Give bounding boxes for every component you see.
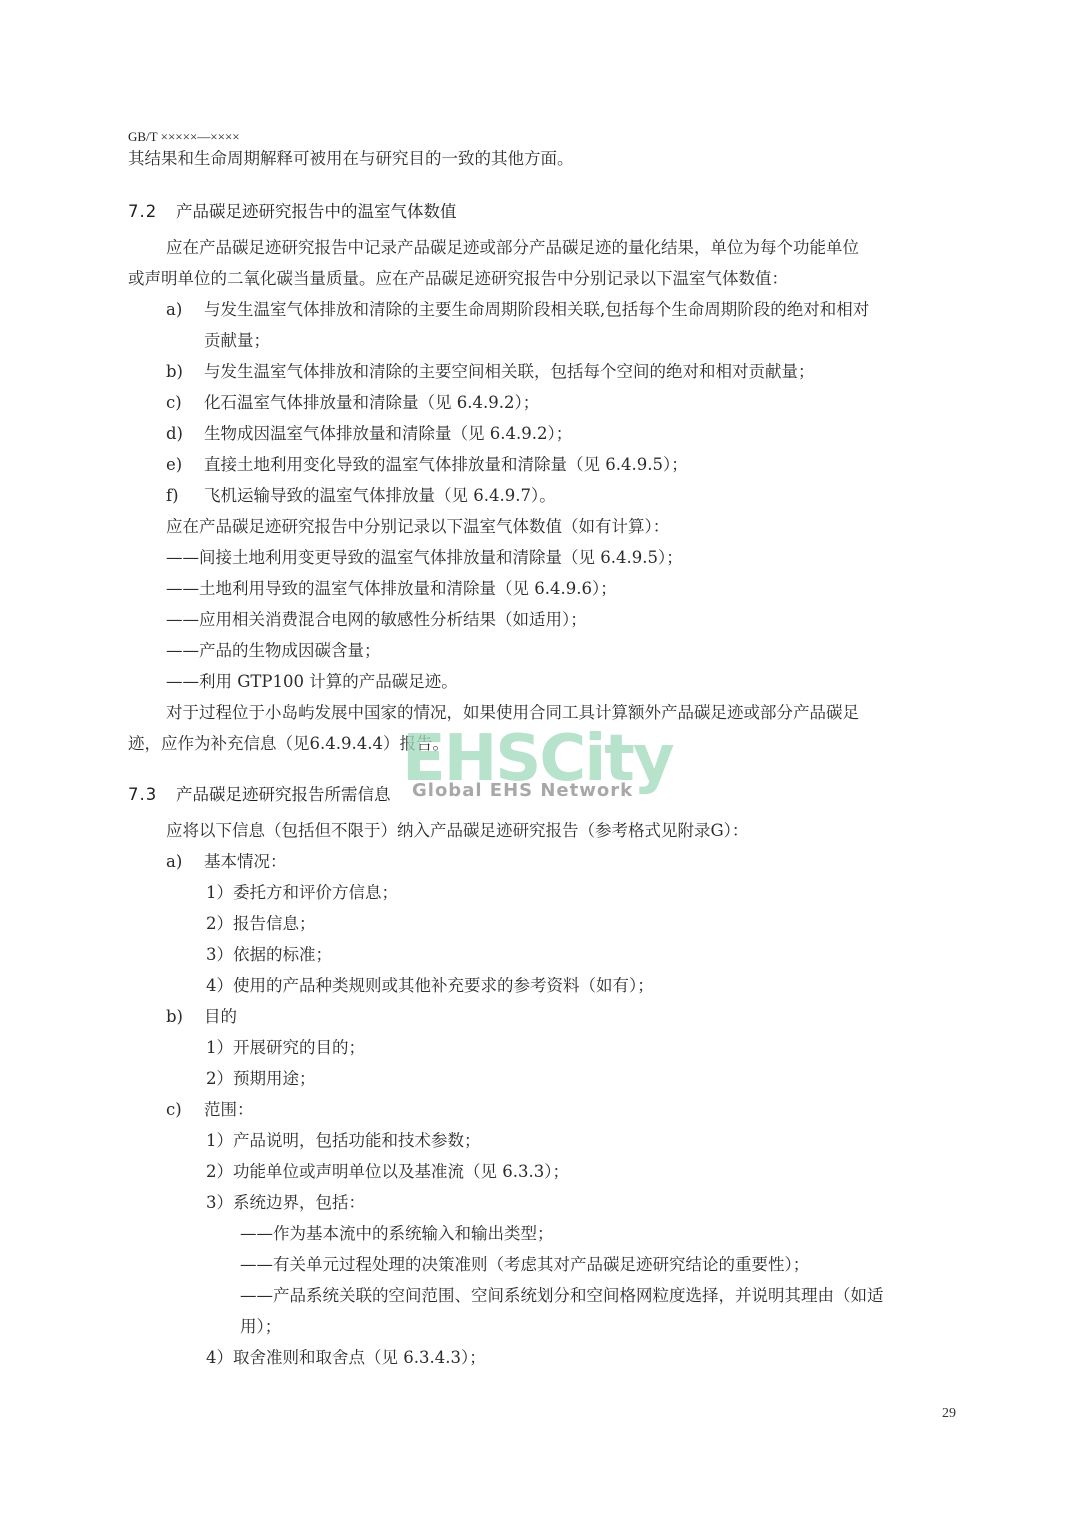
list-item-a: a)基本情况：	[166, 852, 287, 872]
list-item-d: d)生物成因温室气体排放量和清除量（见 6.4.9.2）；	[166, 424, 572, 444]
list-item-b: b)目的	[166, 1007, 237, 1027]
paragraph-line: 或声明单位的二氧化碳当量质量。应在产品碳足迹研究报告中分别记录以下温室气体数值：	[128, 269, 788, 289]
section-heading-7-3: 7.3产品碳足迹研究报告所需信息	[128, 781, 391, 805]
dash-item: ——土地利用导致的温室气体排放量和清除量（见 6.4.9.6）；	[166, 579, 617, 599]
paragraph-line: 应在产品碳足迹研究报告中分别记录以下温室气体数值（如有计算）：	[166, 517, 669, 537]
section-heading-7-2: 7.2产品碳足迹研究报告中的温室气体数值	[128, 198, 457, 222]
sub-item: 2）报告信息；	[206, 914, 316, 934]
boundary-dash-item-cont: 用）；	[240, 1317, 281, 1337]
dash-item: ——间接土地利用变更导致的温室气体排放量和清除量（见 6.4.9.5）；	[166, 548, 683, 568]
standard-code-header: GB/T ×××××—××××	[128, 129, 240, 145]
list-item-a: a)与发生温室气体排放和清除的主要生命周期阶段相关联,包括每个生命周期阶段的绝对…	[166, 300, 869, 320]
list-item-b: b)与发生温室气体排放和清除的主要空间相关联，包括每个空间的绝对和相对贡献量；	[166, 362, 815, 382]
list-item-e: e)直接土地利用变化导致的温室气体排放量和清除量（见 6.4.9.5）；	[166, 455, 688, 475]
intro-line: 其结果和生命周期解释可被用在与研究目的一致的其他方面。	[128, 149, 574, 169]
dash-item: ——利用 GTP100 计算的产品碳足迹。	[166, 672, 458, 692]
section-title: 产品碳足迹研究报告所需信息	[176, 785, 391, 804]
paragraph-line: 对于过程位于小岛屿发展中国家的情况，如果使用合同工具计算额外产品碳足迹或部分产品…	[166, 703, 859, 723]
section-number: 7.2	[128, 202, 176, 221]
boundary-dash-item: ——有关单元过程处理的决策准则（考虑其对产品碳足迹研究结论的重要性）；	[240, 1255, 809, 1275]
sub-item: 3）系统边界，包括：	[206, 1193, 365, 1213]
watermark-tagline: Global EHS Network	[412, 780, 633, 801]
list-item-f: f)飞机运输导致的温室气体排放量（见 6.4.9.7）。	[166, 486, 556, 506]
sub-item: 2）预期用途；	[206, 1069, 316, 1089]
boundary-dash-item: ——产品系统关联的空间范围、空间系统划分和空间格网粒度选择，并说明其理由（如适	[240, 1286, 884, 1306]
section-number: 7.3	[128, 785, 176, 804]
list-item-a-cont: 贡献量；	[204, 331, 270, 351]
sub-item: 4）取舍准则和取舍点（见 6.3.4.3）；	[206, 1348, 486, 1368]
sub-item: 3）依据的标准；	[206, 945, 332, 965]
list-item-c: c)范围：	[166, 1100, 254, 1120]
paragraph-line: 迹，应作为补充信息（见6.4.9.4.4）报告。	[128, 734, 449, 754]
sub-item: 1）开展研究的目的；	[206, 1038, 365, 1058]
sub-item: 1）产品说明，包括功能和技术参数；	[206, 1131, 481, 1151]
sub-item: 1）委托方和评价方信息；	[206, 883, 398, 903]
section-title: 产品碳足迹研究报告中的温室气体数值	[176, 202, 457, 221]
paragraph-line: 应在产品碳足迹研究报告中记录产品碳足迹或部分产品碳足迹的量化结果，单位为每个功能…	[166, 238, 859, 258]
list-item-c: c)化石温室气体排放量和清除量（见 6.4.9.2）；	[166, 393, 539, 413]
dash-item: ——应用相关消费混合电网的敏感性分析结果（如适用）；	[166, 610, 587, 630]
paragraph-line: 应将以下信息（包括但不限于）纳入产品碳足迹研究报告（参考格式见附录G）：	[166, 821, 748, 841]
document-page: GB/T ×××××—×××× 其结果和生命周期解释可被用在与研究目的一致的其他…	[0, 0, 1080, 1528]
sub-item: 4）使用的产品种类规则或其他补充要求的参考资料（如有）；	[206, 976, 654, 996]
sub-item: 2）功能单位或声明单位以及基准流（见 6.3.3）；	[206, 1162, 569, 1182]
dash-item: ——产品的生物成因碳含量；	[166, 641, 381, 661]
page-number: 29	[942, 1406, 956, 1422]
boundary-dash-item: ——作为基本流中的系统输入和输出类型；	[240, 1224, 554, 1244]
